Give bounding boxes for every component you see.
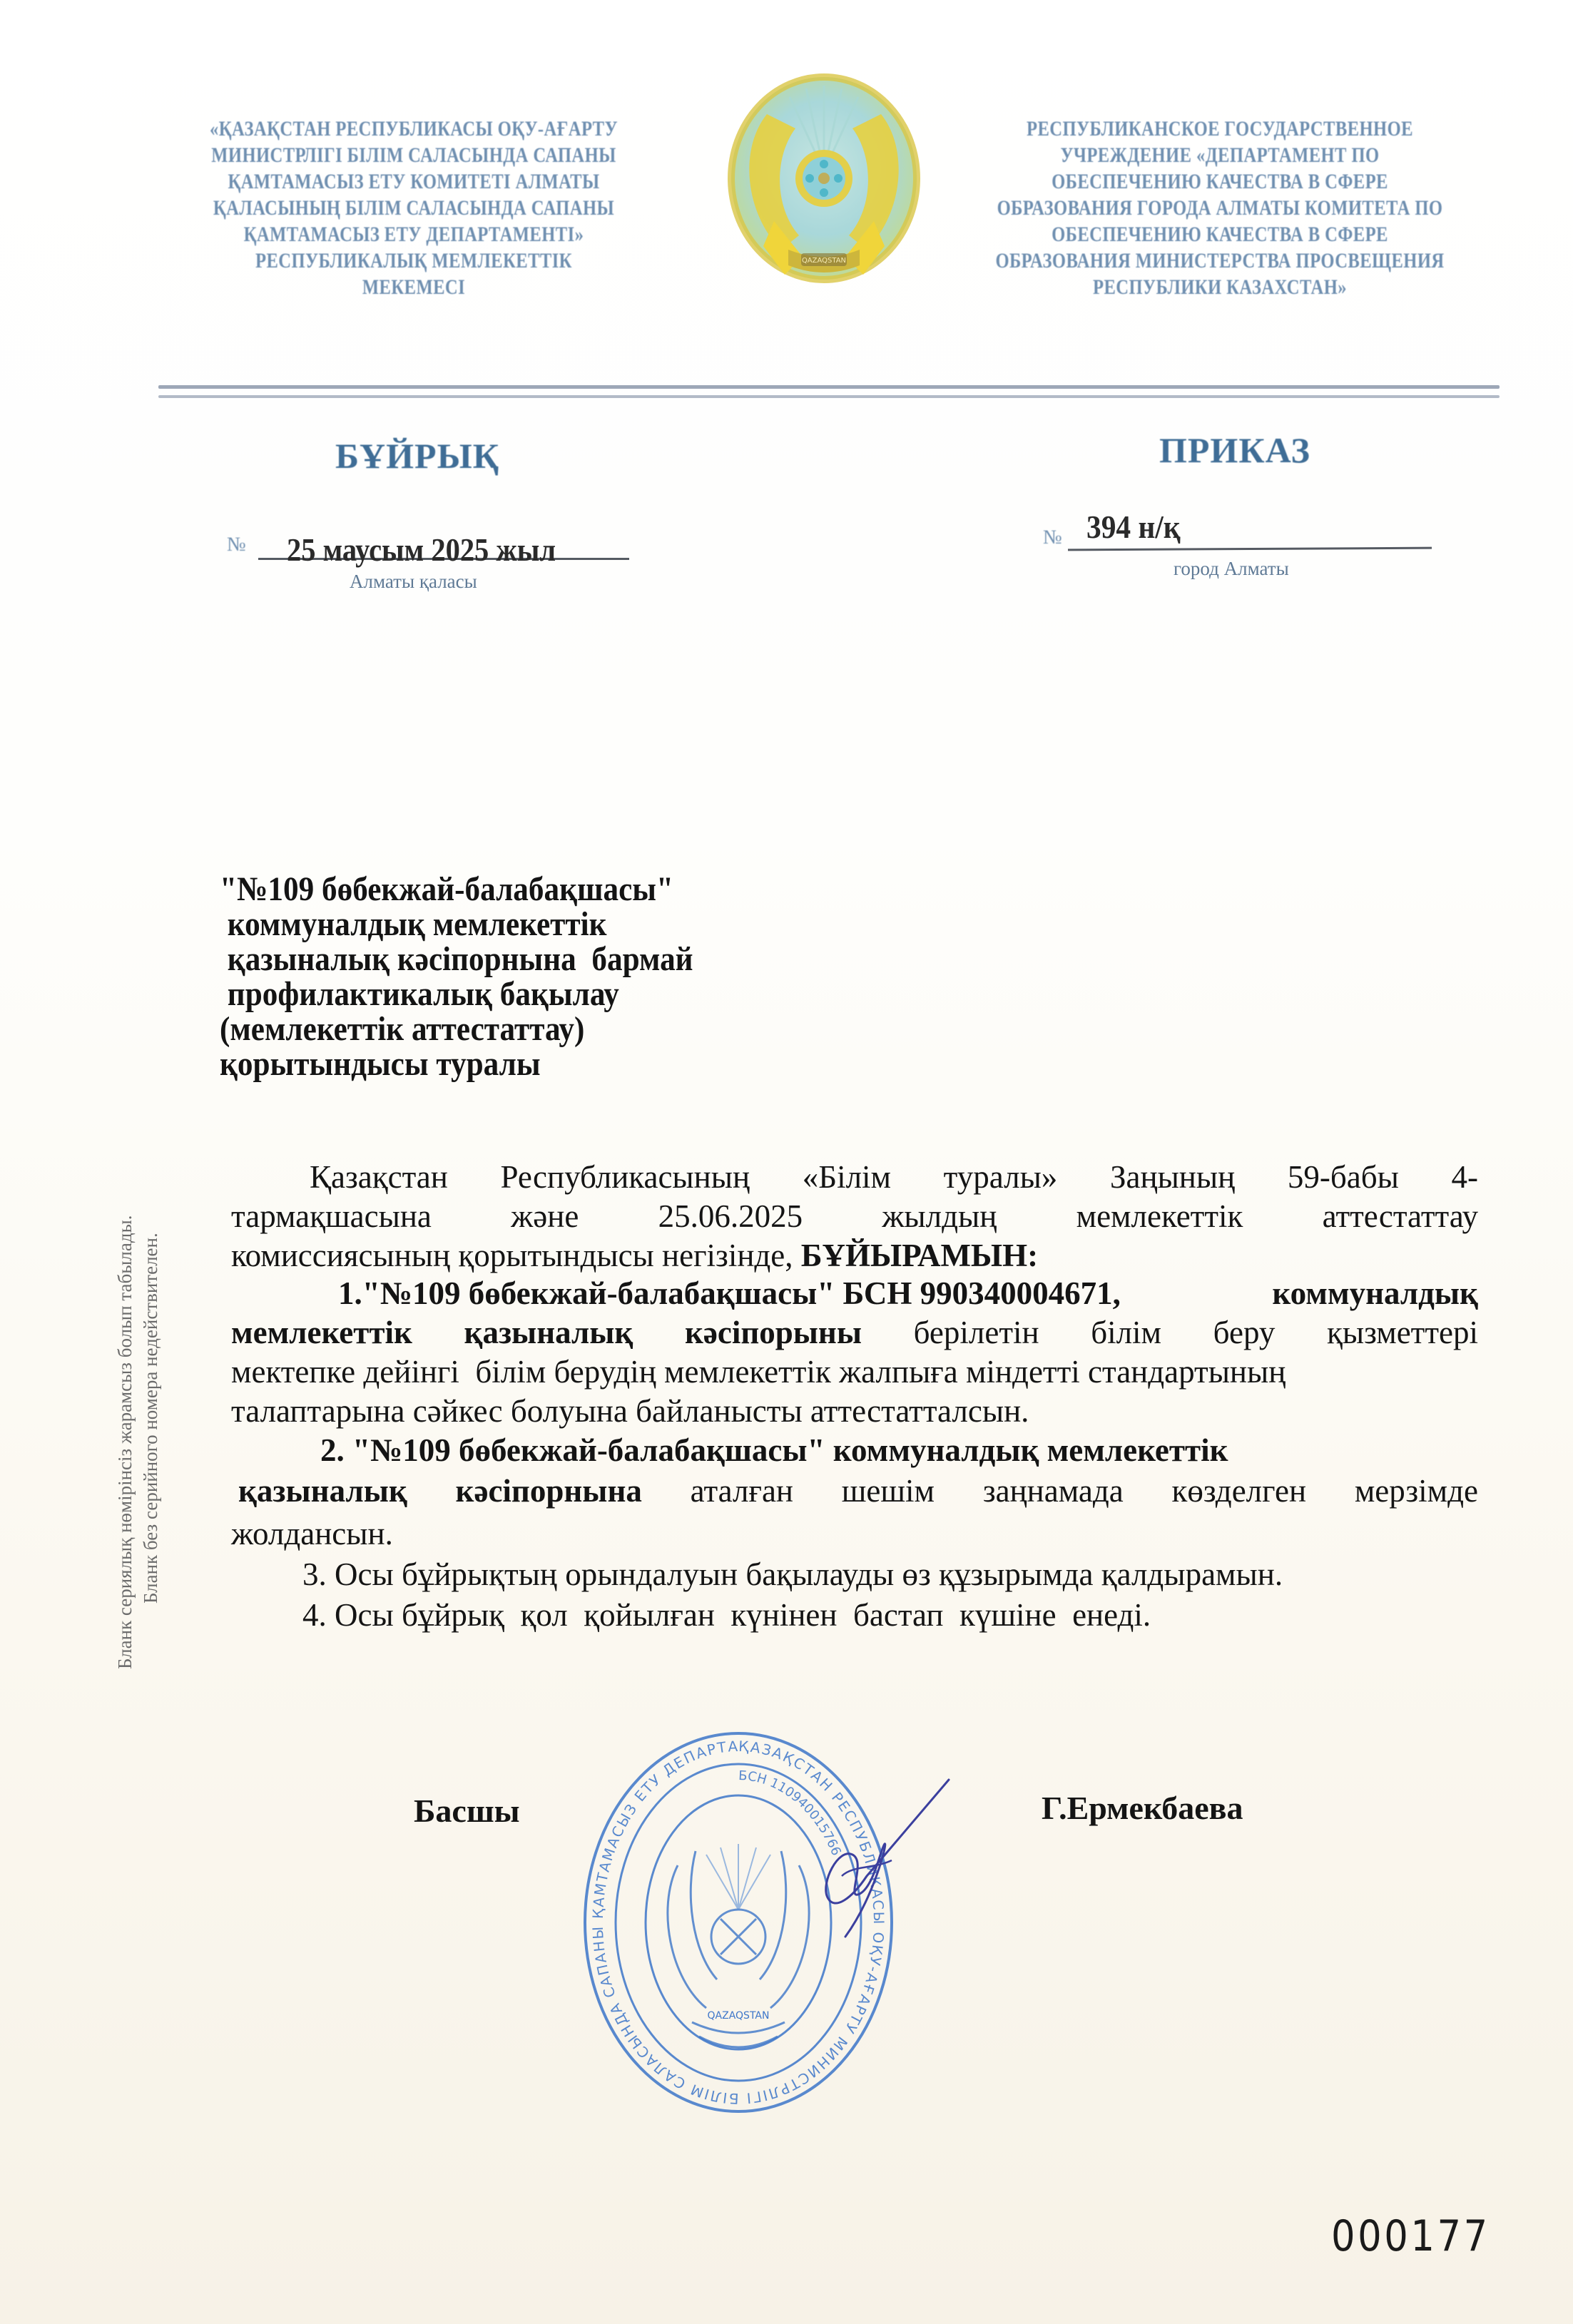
item-3: 3. Осы бұйрықтың орындалуын бақылауды өз… [231, 1556, 1478, 1592]
header-line: УЧРЕЖДЕНИЕ «ДЕПАРТАМЕНТ ПО [962, 142, 1477, 168]
item-2-line-3: жолдансын. [231, 1516, 1478, 1551]
order-date: 25 маусым 2025 жыл [287, 531, 556, 569]
word: мерзімде [1355, 1473, 1478, 1509]
sidebar-note-ru: Бланк без серийного номера недействителе… [140, 1233, 162, 1604]
preamble-line-3: комиссиясының қорытындысы негізінде, БҰЙ… [231, 1238, 1478, 1273]
word: 59-бабы [1288, 1159, 1399, 1195]
header-line: ҚАМТАМАСЫЗ ЕТУ КОМИТЕТІ АЛМАТЫ [185, 168, 642, 195]
item-4: 4. Осы бұйрық қол қойылған күнінен баста… [231, 1597, 1478, 1633]
word: 25.06.2025 [658, 1198, 803, 1234]
item-2-line-2: қазыналық кәсіпорнына аталған шешім заңн… [231, 1473, 1478, 1509]
word: аталған [691, 1473, 793, 1509]
item-1-line-3: мектепке дейінгі білім берудің мемлекетт… [231, 1354, 1478, 1390]
header-line: ОБЕСПЕЧЕНИЮ КАЧЕСТВА В СФЕРЕ [962, 221, 1477, 248]
emblem-ribbon-text: QAZAQSTAN [802, 257, 846, 265]
word: «Білім [803, 1159, 891, 1195]
preamble-line-2: тармақшасына және 25.06.2025 жылдың мемл… [231, 1198, 1478, 1234]
item-1-line-4: талаптарына сәйкес болуына байланысты ат… [231, 1393, 1478, 1429]
word: көзделген [1171, 1473, 1306, 1509]
item-2-line-1: 2. "№109 бөбекжай-балабақшасы" коммуналд… [231, 1432, 1478, 1468]
word: 4- [1452, 1159, 1479, 1195]
order-subject: "№109 бөбекжай-балабақшасы" коммуналдық … [220, 872, 798, 1081]
word: туралы» [944, 1159, 1058, 1195]
city-kz: Алматы қаласы [350, 571, 477, 593]
stamp-center-text: QAZAQSTAN [708, 2010, 770, 2022]
word: жылдың [882, 1198, 997, 1234]
word: мемлекеттік [231, 1315, 412, 1350]
header-line: РЕСПУБЛИКИ КАЗАХСТАН» [962, 274, 1477, 300]
header-line: ОБЕСПЕЧЕНИЮ КАЧЕСТВА В СФЕРЕ [962, 168, 1477, 195]
order-directive: БҰЙЫРАМЫН: [801, 1238, 1038, 1273]
word: шешім [842, 1473, 935, 1509]
word: Заңының [1110, 1159, 1235, 1195]
subject-line: қазыналық кәсіпорнына бармай [220, 942, 798, 977]
word: 1."№109 бөбекжай-балабақшасы" БСН 990340… [338, 1275, 1121, 1311]
subject-line: "№109 бөбекжай-балабақшасы" [220, 872, 798, 907]
header-line: ҚАЛАСЫНЫҢ БІЛІМ САЛАСЫНДА САПАНЫ [185, 195, 642, 221]
header-line: РЕСПУБЛИКАНСКОЕ ГОСУДАРСТВЕННОЕ [962, 116, 1477, 142]
word: білім [1091, 1315, 1161, 1350]
number-sign: № [1043, 526, 1062, 549]
header-line: МИНИСТРЛІГІ БІЛІМ САЛАСЫНДА САПАНЫ [185, 142, 642, 168]
word: Республикасының [501, 1159, 750, 1195]
doc-type-kz: БҰЙРЫҚ [335, 435, 499, 476]
doc-type-ru: ПРИКАЗ [1159, 429, 1310, 471]
word: қазыналық [238, 1473, 407, 1509]
header-line: ОБРАЗОВАНИЯ ГОРОДА АЛМАТЫ КОМИТЕТА ПО [962, 195, 1477, 221]
header-divider [158, 385, 1500, 389]
word: аттестаттау [1323, 1198, 1478, 1234]
blank-serial-number: 000177 [1331, 2211, 1490, 2261]
preamble-line-1: Қазақстан Республикасының «Білім туралы»… [231, 1159, 1478, 1195]
header-org-kz: «ҚАЗАҚСТАН РЕСПУБЛИКАСЫ ОҚУ-АҒАРТУ МИНИС… [185, 116, 642, 300]
order-number: 394 н/қ [1086, 508, 1181, 546]
word: тармақшасына [231, 1198, 432, 1234]
word: қазыналық [464, 1315, 633, 1350]
subject-line: (мемлекеттік аттестаттау) [220, 1011, 798, 1046]
header-line: ҚАМТАМАСЫЗ ЕТУ ДЕПАРТАМЕНТІ» [185, 221, 642, 248]
subject-line: профилактикалық бақылау [220, 977, 798, 1011]
word: беру [1213, 1315, 1276, 1350]
state-emblem-icon: QAZAQSTAN [724, 71, 924, 292]
item-1-line-2: мемлекеттік қазыналық кәсіпорыны берілет… [231, 1315, 1478, 1350]
word: мемлекеттік [1076, 1198, 1243, 1234]
number-underline [1068, 547, 1432, 551]
word: қызметтері [1327, 1315, 1478, 1350]
signatory-title: Басшы [414, 1792, 520, 1830]
word: заңнамада [983, 1473, 1124, 1509]
signatory-name: Г.Ермекбаева [1042, 1789, 1243, 1827]
header-line: МЕКЕМЕСІ [185, 274, 642, 300]
subject-line: коммуналдық мемлекеттік [220, 907, 798, 942]
city-ru: город Алматы [1174, 558, 1289, 580]
word: коммуналдық [1272, 1275, 1478, 1311]
word: берілетін [914, 1315, 1039, 1350]
word: кәсіпорыны [685, 1315, 862, 1350]
word: кәсіпорнына [456, 1473, 642, 1509]
header-line: «ҚАЗАҚСТАН РЕСПУБЛИКАСЫ ОҚУ-АҒАРТУ [185, 116, 642, 142]
header-line: РЕСПУБЛИКАЛЫҚ МЕМЛЕКЕТТІК [185, 248, 642, 274]
handwritten-signature-icon [767, 1776, 952, 1940]
item-1-line-1: 1."№109 бөбекжай-балабақшасы" БСН 990340… [231, 1275, 1478, 1311]
header-org-ru: РЕСПУБЛИКАНСКОЕ ГОСУДАРСТВЕННОЕ УЧРЕЖДЕН… [962, 116, 1477, 300]
header-divider [158, 395, 1500, 398]
number-sign: № [227, 534, 246, 556]
subject-line: қорытындысы туралы [220, 1046, 798, 1081]
preamble-text: комиссиясының қорытындысы негізінде, [231, 1238, 801, 1273]
word: Қазақстан [310, 1159, 448, 1195]
sidebar-note-kz: Бланк сериялық нөмірінсіз жарамсыз болып… [114, 1215, 136, 1669]
word: және [511, 1198, 579, 1234]
header-line: ОБРАЗОВАНИЯ МИНИСТЕРСТВА ПРОСВЕЩЕНИЯ [962, 248, 1477, 274]
